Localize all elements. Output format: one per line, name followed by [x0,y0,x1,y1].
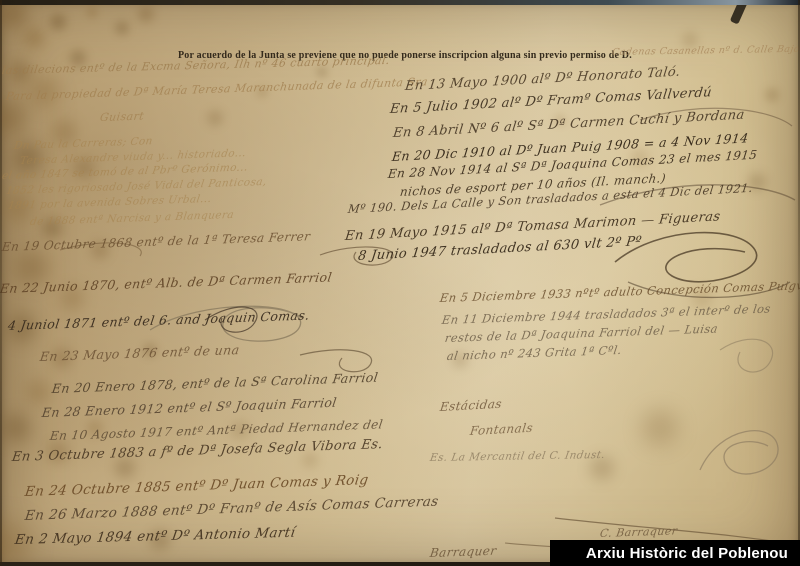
archive-label-text: Arxiu Històric del Poblenou [586,545,788,562]
scan-edge-left [0,0,2,566]
handwritten-entry: C. Barraquer [599,524,678,540]
handwritten-entry: Guisart [99,109,145,124]
document-scan: Por acuerdo de la Junta se previene que … [0,0,800,566]
archive-label: Arxiu Històric del Poblenou [550,540,800,566]
scan-edge-top [0,0,800,5]
handwritten-entry: Barraquer [429,544,497,560]
